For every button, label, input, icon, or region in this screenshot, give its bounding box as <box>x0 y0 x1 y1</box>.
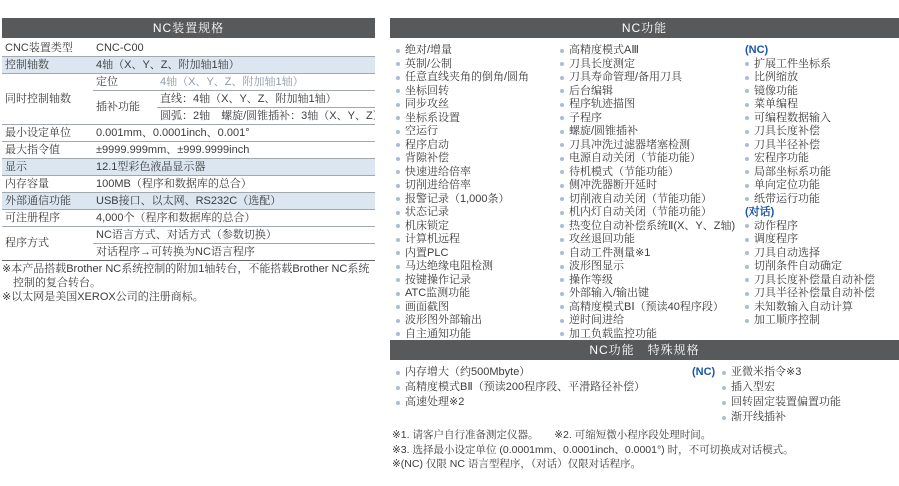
function-item: 空运行 <box>396 125 556 139</box>
function-item: 切削液自动关闭（节能功能） <box>560 193 742 207</box>
function-item: 坐标系设置 <box>396 112 556 126</box>
function-item: ATC监测功能 <box>396 287 556 301</box>
bullet-icon <box>560 265 564 269</box>
bullet-icon <box>745 197 749 201</box>
function-item-label: 按键操作记录 <box>405 274 471 288</box>
function-item: 回转固定装置偏置功能 <box>722 395 899 410</box>
function-item: 程序轨迹描图 <box>560 98 742 112</box>
function-item: 坐标回转 <box>396 85 556 99</box>
bullet-icon <box>560 211 564 215</box>
table-row: 外部通信功能 USB接口、以太网、RS232C（选配） <box>2 193 375 210</box>
bullet-icon <box>745 251 749 255</box>
function-item: 高精度模式AⅢ <box>560 44 742 58</box>
bullet-icon <box>745 89 749 93</box>
bullet-icon <box>560 143 564 147</box>
bullet-icon <box>396 371 400 375</box>
spec-table-header: NC装置规格 <box>2 18 375 38</box>
function-item-label: 内存增大（约500Mbyte） <box>405 365 530 380</box>
function-item: 程序启动 <box>396 139 556 153</box>
bullet-icon <box>396 197 400 201</box>
function-item-label: 侧冲洗器断开延时 <box>569 179 657 193</box>
function-item-label: 画面截图 <box>405 301 449 315</box>
function-item: 待机模式（节能功能） <box>560 166 742 180</box>
special-nc-label: (NC) <box>692 365 715 380</box>
function-item: 纸带运行功能 <box>745 193 899 207</box>
function-item: 刀具寿命管理/备用刀具 <box>560 71 742 85</box>
spec-value-cell: NC语言方式、对话方式（参数切换） <box>93 227 375 244</box>
function-item: 侧冲洗器断开延时 <box>560 179 742 193</box>
function-item-label: 比例缩放 <box>754 71 798 85</box>
bullet-icon <box>745 62 749 66</box>
function-item-label: 机内灯自动关闭（节能功能） <box>569 206 712 220</box>
bullet-icon <box>396 278 400 282</box>
function-item-label: 切削条件自动确定 <box>754 260 842 274</box>
footnote-text: ※以太网是美国XEROX公司的注册商标。 <box>2 290 374 304</box>
function-item: 按键操作记录 <box>396 274 556 288</box>
function-item: 切削条件自动确定 <box>745 260 899 274</box>
spec-label-cell: 显示 <box>2 159 93 176</box>
function-item-label: 状态记录 <box>405 206 449 220</box>
bullet-icon <box>396 89 400 93</box>
spec-value-cell: 4轴（X、Y、Z、附加轴1轴） <box>93 57 375 74</box>
spec-value-cell: 0.001mm、0.0001inch、0.001° <box>93 125 375 142</box>
function-item-label: 操作等级 <box>569 274 613 288</box>
function-item: 渐开线插补 <box>722 410 899 425</box>
spec-label-cell: 外部通信功能 <box>2 193 93 210</box>
function-item-label: 背隙补偿 <box>405 152 449 166</box>
bullet-icon <box>745 319 749 323</box>
functions-footnotes: ※1. 请客户自行准备测定仪器。 ※2. 可缩短微小程序段处理时间。※3. 选择… <box>392 428 899 472</box>
spec-label-cell: 最大指令值 <box>2 142 93 159</box>
bullet-icon <box>396 116 400 120</box>
bullet-icon <box>560 305 564 309</box>
function-item-label: 菜单编程 <box>754 98 798 112</box>
function-group-label: (对话) <box>745 206 899 220</box>
bullet-icon <box>396 184 400 188</box>
function-item-label: 刀具长度补偿 <box>754 125 820 139</box>
function-item-label: 局部坐标系功能 <box>754 166 831 180</box>
table-row: 控制轴数 4轴（X、Y、Z、附加轴1轴） <box>2 57 375 74</box>
function-item-label: 自主通知功能 <box>405 328 471 342</box>
function-item: 任意直线夹角的倒角/圆角 <box>396 71 556 85</box>
function-item-label: 单向定位功能 <box>754 179 820 193</box>
function-item-label: 攻丝退回功能 <box>569 233 635 247</box>
bullet-icon <box>745 238 749 242</box>
function-item-label: 调度程序 <box>754 233 798 247</box>
function-item: 机床锁定 <box>396 220 556 234</box>
bullet-icon <box>396 238 400 242</box>
function-item-label: 宏程序功能 <box>754 152 809 166</box>
function-item-label: 坐标系设置 <box>405 112 460 126</box>
footnote-text: ※3. 选择最小设定单位 (0.0001mm、0.0001inch、0.0001… <box>392 443 899 458</box>
functions-column-2: 高精度模式AⅢ刀具长度测定刀具寿命管理/备用刀具后台编辑程序轨迹描图子程序螺旋/… <box>560 44 742 341</box>
spec-value-cell: 12.1型彩色液晶显示器 <box>93 159 375 176</box>
function-item-label: 刀具长度补偿量自动补偿 <box>754 274 875 288</box>
bullet-icon <box>396 305 400 309</box>
function-item: 机内灯自动关闭（节能功能） <box>560 206 742 220</box>
function-item: 波形图外部输出 <box>396 314 556 328</box>
function-item-label: 刀具自动选择 <box>754 247 820 261</box>
spec-label-cell: 内存容量 <box>2 176 93 193</box>
bullet-icon <box>745 184 749 188</box>
bullet-icon <box>745 157 749 161</box>
function-item-label: 动作程序 <box>754 220 798 234</box>
bullet-icon <box>745 278 749 282</box>
function-item: 镜像功能 <box>745 85 899 99</box>
bullet-icon <box>745 76 749 80</box>
special-specs-right-list: 亚微米指令※3插入型宏回转固定装置偏置功能渐开线插补 <box>722 365 899 425</box>
bullet-icon <box>396 170 400 174</box>
function-item: 外部输入/输出键 <box>560 287 742 301</box>
functions-header: NC功能 <box>390 18 899 38</box>
function-item-label: 波形图外部输出 <box>405 314 482 328</box>
function-item: 英制/公制 <box>396 58 556 72</box>
function-item-label: 波形图显示 <box>569 260 624 274</box>
spec-label-cell: 同时控制轴数 <box>2 74 93 125</box>
special-specs-header: NC功能 特殊规格 <box>390 340 899 360</box>
bullet-icon <box>722 401 726 405</box>
function-item-label: 空运行 <box>405 125 438 139</box>
function-item-label: 子程序 <box>569 112 602 126</box>
bullet-icon <box>396 292 400 296</box>
function-item-label: 亚微米指令※3 <box>731 365 801 380</box>
function-item-label: 刀具寿命管理/备用刀具 <box>569 71 682 85</box>
function-item-label: 热变位自动补偿系统Ⅱ(X、Y、Z轴) <box>569 220 735 234</box>
table-row: 最小设定单位 0.001mm、0.0001inch、0.001° <box>2 125 375 142</box>
spec-label-cell: 最小设定单位 <box>2 125 93 142</box>
function-item: 菜单编程 <box>745 98 899 112</box>
function-item: 刀具冲洗过滤器堵塞检测 <box>560 139 742 153</box>
spec-value-cell: 直线：4轴（X、Y、Z、附加轴1轴） <box>157 91 375 108</box>
function-item-label: 高精度模式BⅠ（预读40程序段） <box>569 301 724 315</box>
table-row: 可注册程序 4,000个（程序和数据库的总合） <box>2 210 375 227</box>
function-item: 绝对/增量 <box>396 44 556 58</box>
function-item: 背隙补偿 <box>396 152 556 166</box>
function-item-label: 加工负载监控功能 <box>569 328 657 342</box>
function-item-label: 待机模式（节能功能） <box>569 166 679 180</box>
bullet-icon <box>560 197 564 201</box>
function-item: 热变位自动补偿系统Ⅱ(X、Y、Z轴) <box>560 220 742 234</box>
function-item-label: 报警记录（1,000条） <box>405 193 510 207</box>
function-item-label: 渐开线插补 <box>731 410 786 425</box>
spec-label-cell: 程序方式 <box>2 227 93 261</box>
table-row: 显示 12.1型彩色液晶显示器 <box>2 159 375 176</box>
function-item-label: 回转固定装置偏置功能 <box>731 395 841 410</box>
bullet-icon <box>396 62 400 66</box>
bullet-icon <box>745 170 749 174</box>
function-item: 比例缩放 <box>745 71 899 85</box>
footnote-text: ※(NC) 仅限 NC 语言型程序，（对话）仅限对话程序。 <box>392 457 899 472</box>
function-item-label: 刀具半径补偿 <box>754 139 820 153</box>
table-row: 同时控制轴数 定位 4轴（X、Y、Z、附加轴1轴） <box>2 74 375 91</box>
spec-table: CNC装置类型 CNC-C00 控制轴数 4轴（X、Y、Z、附加轴1轴） 同时控… <box>2 40 375 261</box>
function-item: 高精度模式BⅠ（预读40程序段） <box>560 301 742 315</box>
function-item: 报警记录（1,000条） <box>396 193 556 207</box>
function-item-label: 同步攻丝 <box>405 98 449 112</box>
bullet-icon <box>722 371 726 375</box>
special-specs-title: NC功能 特殊规格 <box>589 343 699 357</box>
bullet-icon <box>560 62 564 66</box>
function-item: 调度程序 <box>745 233 899 247</box>
function-item: 刀具半径补偿量自动补偿 <box>745 287 899 301</box>
function-item: 刀具长度测定 <box>560 58 742 72</box>
bullet-icon <box>745 265 749 269</box>
function-item-label: 后台编辑 <box>569 85 613 99</box>
function-item: 内置PLC <box>396 247 556 261</box>
bullet-icon <box>396 130 400 134</box>
function-item-label: 加工顺序控制 <box>754 314 820 328</box>
bullet-icon <box>560 292 564 296</box>
spec-value-cell: 4,000个（程序和数据库的总合） <box>93 210 375 227</box>
function-item-label: 纸带运行功能 <box>754 193 820 207</box>
function-item-label: 计算机远程 <box>405 233 460 247</box>
function-item: 状态记录 <box>396 206 556 220</box>
footnote-text: ※1. 请客户自行准备测定仪器。 ※2. 可缩短微小程序段处理时间。 <box>392 428 899 443</box>
function-item: 切削进给倍率 <box>396 179 556 193</box>
bullet-icon <box>396 251 400 255</box>
function-item-label: 外部输入/输出键 <box>569 287 649 301</box>
function-item: 插入型宏 <box>722 380 899 395</box>
function-item-label: 刀具长度测定 <box>569 58 635 72</box>
function-item-label: 螺旋/圆锥插补 <box>569 125 638 139</box>
function-item: 高速处理※2 <box>396 395 696 410</box>
function-item-label: 切削液自动关闭（节能功能） <box>569 193 712 207</box>
function-item: 亚微米指令※3 <box>722 365 899 380</box>
functions-title: NC功能 <box>622 21 667 35</box>
function-item-label: 电源自动关闭（节能功能） <box>569 152 701 166</box>
spec-value-cell: CNC-C00 <box>93 40 375 57</box>
table-row: 内存容量 100MB（程序和数据库的总合） <box>2 176 375 193</box>
bullet-icon <box>722 416 726 420</box>
function-item-label: 坐标回转 <box>405 85 449 99</box>
function-item-label: 快速进给倍率 <box>405 166 471 180</box>
function-item-label: 绝对/增量 <box>405 44 452 58</box>
footnote-text: ※本产品搭载Brother NC系统控制的附加1轴转台，不能搭载Brother … <box>2 262 374 290</box>
bullet-icon <box>745 116 749 120</box>
function-item-label: 英制/公制 <box>405 58 452 72</box>
spec-value-cell: USB接口、以太网、RS232C（选配） <box>93 193 375 210</box>
function-item-label: 内置PLC <box>405 247 448 261</box>
function-item: 螺旋/圆锥插补 <box>560 125 742 139</box>
function-item: 局部坐标系功能 <box>745 166 899 180</box>
function-item: 马达绝缘电阻检测 <box>396 260 556 274</box>
function-item: 子程序 <box>560 112 742 126</box>
function-item: 可编程数据输入 <box>745 112 899 126</box>
function-item-label: 自动工件测量※1 <box>569 247 650 261</box>
function-item-label: 镜像功能 <box>754 85 798 99</box>
bullet-icon <box>745 103 749 107</box>
bullet-icon <box>722 386 726 390</box>
table-row: 程序方式 NC语言方式、对话方式（参数切换） <box>2 227 375 244</box>
function-item: 刀具半径补偿 <box>745 139 899 153</box>
bullet-icon <box>396 332 400 336</box>
spec-value-cell: 4轴（X、Y、Z、附加轴1轴） <box>157 74 375 91</box>
table-row: CNC装置类型 CNC-C00 <box>2 40 375 57</box>
bullet-icon <box>396 224 400 228</box>
function-item: 画面截图 <box>396 301 556 315</box>
function-item: 波形图显示 <box>560 260 742 274</box>
function-item-label: 高速处理※2 <box>405 395 464 410</box>
spec-value-cell: 圆弧：2轴 螺旋/圆锥插补：3轴（X、Y、Z） <box>157 108 375 125</box>
bullet-icon <box>745 224 749 228</box>
function-item-label: 逆时间进给 <box>569 314 624 328</box>
function-item-label: 刀具半径补偿量自动补偿 <box>754 287 875 301</box>
function-item: 刀具长度补偿量自动补偿 <box>745 274 899 288</box>
bullet-icon <box>396 76 400 80</box>
function-item-label: 扩展工件坐标系 <box>754 58 831 72</box>
function-item: 自动工件测量※1 <box>560 247 742 261</box>
function-item-label: 切削进给倍率 <box>405 179 471 193</box>
function-item: 逆时间进给 <box>560 314 742 328</box>
spec-value-cell: 对话程序→可转换为NC语言程序 <box>93 244 375 261</box>
function-item-label: 程序轨迹描图 <box>569 98 635 112</box>
spec-label-cell: 控制轴数 <box>2 57 93 74</box>
function-item: 同步攻丝 <box>396 98 556 112</box>
function-item: 扩展工件坐标系 <box>745 58 899 72</box>
function-item-label: 未知数输入自动计算 <box>754 301 853 315</box>
spec-sheet-page: NC装置规格 CNC装置类型 CNC-C00 控制轴数 4轴（X、Y、Z、附加轴… <box>0 0 899 486</box>
table-row: 最大指令值 ±9999.999mm、±999.9999inch <box>2 142 375 159</box>
bullet-icon <box>560 130 564 134</box>
function-item-label: 高精度模式BⅡ（预读200程序段、平滑路径补偿） <box>405 380 645 395</box>
bullet-icon <box>396 319 400 323</box>
bullet-icon <box>560 76 564 80</box>
bullet-icon <box>560 170 564 174</box>
bullet-icon <box>745 143 749 147</box>
bullet-icon <box>560 157 564 161</box>
bullet-icon <box>560 89 564 93</box>
spec-value-cell: ±9999.999mm、±999.9999inch <box>93 142 375 159</box>
function-item: 宏程序功能 <box>745 152 899 166</box>
function-item: 电源自动关闭（节能功能） <box>560 152 742 166</box>
function-item: 加工顺序控制 <box>745 314 899 328</box>
bullet-icon <box>560 116 564 120</box>
function-item: 内存增大（约500Mbyte） <box>396 365 696 380</box>
bullet-icon <box>396 401 400 405</box>
bullet-icon <box>560 332 564 336</box>
spec-label-cell: 可注册程序 <box>2 210 93 227</box>
bullet-icon <box>745 305 749 309</box>
bullet-icon <box>560 319 564 323</box>
bullet-icon <box>396 157 400 161</box>
bullet-icon <box>745 130 749 134</box>
function-item-label: 插入型宏 <box>731 380 775 395</box>
function-item: 快速进给倍率 <box>396 166 556 180</box>
bullet-icon <box>560 49 564 53</box>
spec-sublabel-cell: 插补功能 <box>93 91 157 125</box>
function-item: 自主通知功能 <box>396 328 556 342</box>
bullet-icon <box>396 103 400 107</box>
function-item: 操作等级 <box>560 274 742 288</box>
functions-column-3: (NC)扩展工件坐标系比例缩放镜像功能菜单编程可编程数据输入刀具长度补偿刀具半径… <box>745 44 899 328</box>
function-item-label: 程序启动 <box>405 139 449 153</box>
function-item: 计算机远程 <box>396 233 556 247</box>
bullet-icon <box>560 224 564 228</box>
function-item: 刀具长度补偿 <box>745 125 899 139</box>
spec-value-cell: 100MB（程序和数据库的总合） <box>93 176 375 193</box>
spec-footnotes: ※本产品搭载Brother NC系统控制的附加1轴转台，不能搭载Brother … <box>2 262 374 304</box>
function-group-label: (NC) <box>745 44 899 58</box>
function-item-label: 高精度模式AⅢ <box>569 44 639 58</box>
function-item: 刀具自动选择 <box>745 247 899 261</box>
function-item-label: 马达绝缘电阻检测 <box>405 260 493 274</box>
function-item-label: 刀具冲洗过滤器堵塞检测 <box>569 139 690 153</box>
special-specs-left-list: 内存增大（约500Mbyte）高精度模式BⅡ（预读200程序段、平滑路径补偿）高… <box>396 365 696 410</box>
function-item: 未知数输入自动计算 <box>745 301 899 315</box>
spec-label-cell: CNC装置类型 <box>2 40 93 57</box>
bullet-icon <box>396 265 400 269</box>
bullet-icon <box>560 103 564 107</box>
bullet-icon <box>396 143 400 147</box>
bullet-icon <box>396 386 400 390</box>
bullet-icon <box>745 292 749 296</box>
function-item: 攻丝退回功能 <box>560 233 742 247</box>
function-item-label: 机床锁定 <box>405 220 449 234</box>
function-item-label: 可编程数据输入 <box>754 112 831 126</box>
bullet-icon <box>560 278 564 282</box>
bullet-icon <box>560 184 564 188</box>
function-item: 单向定位功能 <box>745 179 899 193</box>
function-item-label: ATC监测功能 <box>405 287 470 301</box>
bullet-icon <box>560 251 564 255</box>
function-item: 高精度模式BⅡ（预读200程序段、平滑路径补偿） <box>396 380 696 395</box>
bullet-icon <box>396 211 400 215</box>
spec-table-title: NC装置规格 <box>153 21 224 35</box>
function-item: 后台编辑 <box>560 85 742 99</box>
function-item: 动作程序 <box>745 220 899 234</box>
functions-column-1: 绝对/增量英制/公制任意直线夹角的倒角/圆角坐标回转同步攻丝坐标系设置空运行程序… <box>396 44 556 341</box>
function-item-label: 任意直线夹角的倒角/圆角 <box>405 71 529 85</box>
spec-sublabel-cell: 定位 <box>93 74 157 91</box>
function-item: 加工负载监控功能 <box>560 328 742 342</box>
bullet-icon <box>396 49 400 53</box>
bullet-icon <box>560 238 564 242</box>
